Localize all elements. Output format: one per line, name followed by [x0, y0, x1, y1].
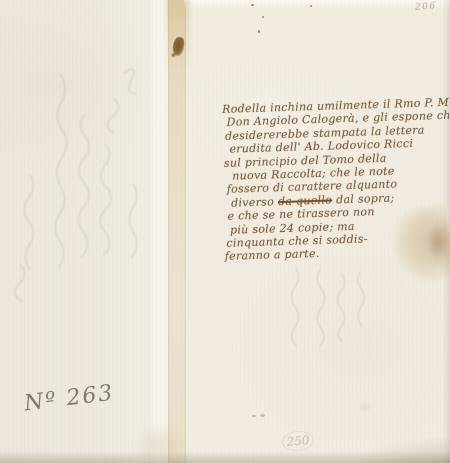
ink-speck [258, 30, 260, 33]
pencil-mark [260, 414, 265, 417]
ink-speck [251, 4, 254, 6]
manuscript-scan: Rodella inchina umilmente il Rmo P. M Do… [0, 0, 450, 463]
corner-shadow [360, 437, 450, 463]
crossed-out-word: da quello [278, 193, 332, 208]
line-post: dal sopra; [336, 191, 395, 206]
squiggle [317, 270, 324, 346]
line-pre: diverso [231, 195, 274, 209]
ink-speck [262, 16, 264, 18]
squiggle [337, 274, 344, 342]
ink-speck [310, 5, 312, 7]
fold-top-stain [166, 0, 190, 70]
showthrough-writing-right [280, 262, 370, 357]
right-edge-shadow [442, 0, 450, 463]
faint-number-pencil: 250 [281, 430, 315, 453]
top-edge-highlight [184, 0, 450, 9]
pencil-mark [252, 415, 256, 417]
squiggle [291, 268, 298, 346]
squiggle [358, 272, 364, 326]
folio-number-pencil: 206 [415, 1, 437, 12]
small-stain-spot [358, 402, 372, 412]
